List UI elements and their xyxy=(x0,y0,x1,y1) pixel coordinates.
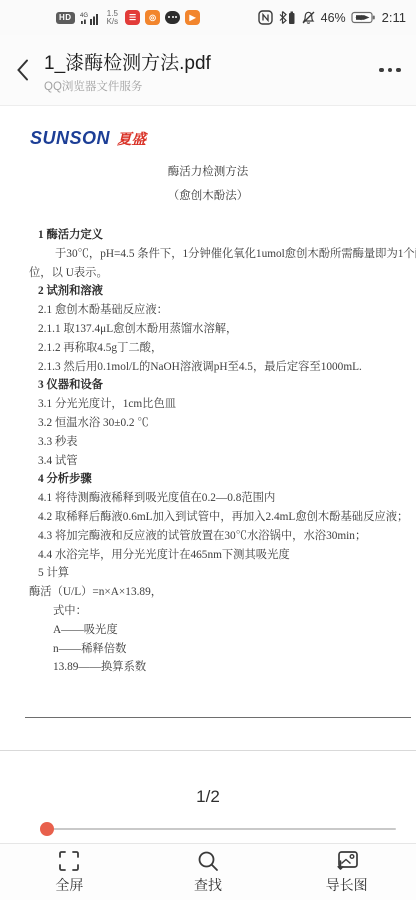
doc-line: n——稀释倍数 xyxy=(0,640,416,659)
page-footer-rule xyxy=(25,717,411,718)
find-button[interactable]: 查找 xyxy=(173,850,243,895)
file-title: 1_漆酶检测方法.pdf xyxy=(44,48,364,75)
doc-line: 4 分析步骤 xyxy=(0,470,416,489)
doc-line: 13.89——换算系数 xyxy=(0,658,416,677)
export-long-image-button[interactable]: 导长图 xyxy=(312,850,382,895)
app-notification-icon-play: ▶ xyxy=(185,10,200,25)
chevron-left-icon xyxy=(16,59,29,81)
document-subtitle: （愈创木酚法） xyxy=(0,187,416,203)
status-right-group: 46% 2:11 xyxy=(258,10,406,25)
doc-line: 4.4 水浴完毕，用分光光度计在465nm下测其吸光度 xyxy=(0,546,416,565)
message-bubble-icon xyxy=(165,11,180,24)
slider-thumb[interactable] xyxy=(40,822,54,836)
mute-bell-icon xyxy=(301,10,316,25)
company-logo: SUNSON 夏盛 xyxy=(30,128,146,149)
status-bar: HD 4G 1.5 K/s ☰ ◎ ▶ xyxy=(0,0,416,35)
doc-line: 位，以 U表示。 xyxy=(0,264,416,283)
network-speed: 1.5 K/s xyxy=(107,10,119,26)
nfc-icon xyxy=(258,10,273,25)
find-label: 查找 xyxy=(194,875,222,895)
doc-line: 3.4 试管 xyxy=(0,452,416,471)
doc-line: 4.1 将待测酶液稀释到吸光度值在0.2—0.8范围内 xyxy=(0,489,416,508)
fullscreen-label: 全屏 xyxy=(55,875,83,895)
battery-percent: 46% xyxy=(321,11,346,25)
doc-line: 2.1.1 取137.4μL愈创木酚用蒸馏水溶解， xyxy=(0,320,416,339)
more-menu-button[interactable] xyxy=(364,35,416,105)
doc-line: 2.1 愈创木酚基础反应液： xyxy=(0,301,416,320)
clock-time: 2:11 xyxy=(382,10,406,25)
export-long-image-icon xyxy=(335,850,359,872)
svg-text:4G: 4G xyxy=(80,13,88,19)
file-title-block: 1_漆酶检测方法.pdf QQ浏览器文件服务 xyxy=(44,46,364,94)
battery-charging-icon xyxy=(351,11,375,24)
fullscreen-button[interactable]: 全屏 xyxy=(34,850,104,895)
app-notification-icon-orange: ◎ xyxy=(145,10,160,25)
doc-line: 2 试剂和溶液 xyxy=(0,282,416,301)
doc-line: A——吸光度 xyxy=(0,621,416,640)
doc-line: 5 计算 xyxy=(0,564,416,583)
doc-line: 3.1 分光光度计，1cm比色皿 xyxy=(0,395,416,414)
search-icon xyxy=(197,850,219,872)
logo-text-cn: 夏盛 xyxy=(117,132,146,148)
doc-line: 2.1.2 再称取4.5g丁二酸， xyxy=(0,339,416,358)
document-title: 酶活力检测方法 xyxy=(0,163,416,179)
hd-badge: HD xyxy=(56,12,75,24)
title-bar: 1_漆酶检测方法.pdf QQ浏览器文件服务 xyxy=(0,35,416,106)
status-left-group: HD 4G 1.5 K/s ☰ ◎ ▶ xyxy=(56,10,200,26)
document-lines: 1 酶活力定义于30℃，pH=4.5 条件下，1分钟催化氧化1umol愈创木酚所… xyxy=(0,226,416,677)
signal-strength-icon: 4G xyxy=(80,11,100,25)
fullscreen-icon xyxy=(58,850,80,872)
pdf-page[interactable]: SUNSON 夏盛 酶活力检测方法 （愈创木酚法） 1 酶活力定义于30℃，pH… xyxy=(0,106,416,751)
doc-line: 于30℃，pH=4.5 条件下，1分钟催化氧化1umol愈创木酚所需酶量即为1个… xyxy=(0,245,416,264)
doc-line: 1 酶活力定义 xyxy=(0,226,416,245)
doc-line: 酶活（U/L）=n×A×13.89， xyxy=(0,583,416,602)
bluetooth-battery-icon xyxy=(278,10,296,25)
logo-text-en: SUNSON xyxy=(30,128,110,148)
doc-line: 4.2 取稀释后酶液0.6mL加入到试管中，再加入2.4mL愈创木酚基础反应液； xyxy=(0,508,416,527)
phone-screen: HD 4G 1.5 K/s ☰ ◎ ▶ xyxy=(0,0,416,900)
doc-line: 3 仪器和设备 xyxy=(0,376,416,395)
pager-area: 1/2 xyxy=(0,751,416,843)
doc-line: 3.2 恒温水浴 30±0.2 ℃ xyxy=(0,414,416,433)
bottom-toolbar: 全屏 查找 导长图 xyxy=(0,843,416,900)
slider-track[interactable] xyxy=(48,828,396,830)
app-notification-icon-red: ☰ xyxy=(125,10,140,25)
page-slider[interactable] xyxy=(40,821,396,837)
file-source-subtitle: QQ浏览器文件服务 xyxy=(44,78,364,94)
doc-line: 2.1.3 然后用0.1mol/L的NaOH溶液调pH至4.5，最后定容至100… xyxy=(0,358,416,377)
page-indicator: 1/2 xyxy=(0,787,416,807)
doc-line: 3.3 秒表 xyxy=(0,433,416,452)
doc-line: 式中： xyxy=(0,602,416,621)
back-button[interactable] xyxy=(0,35,44,105)
doc-line: 4.3 将加完酶液和反应液的试管放置在30℃水浴锅中，水浴30min； xyxy=(0,527,416,546)
export-long-image-label: 导长图 xyxy=(326,875,368,895)
